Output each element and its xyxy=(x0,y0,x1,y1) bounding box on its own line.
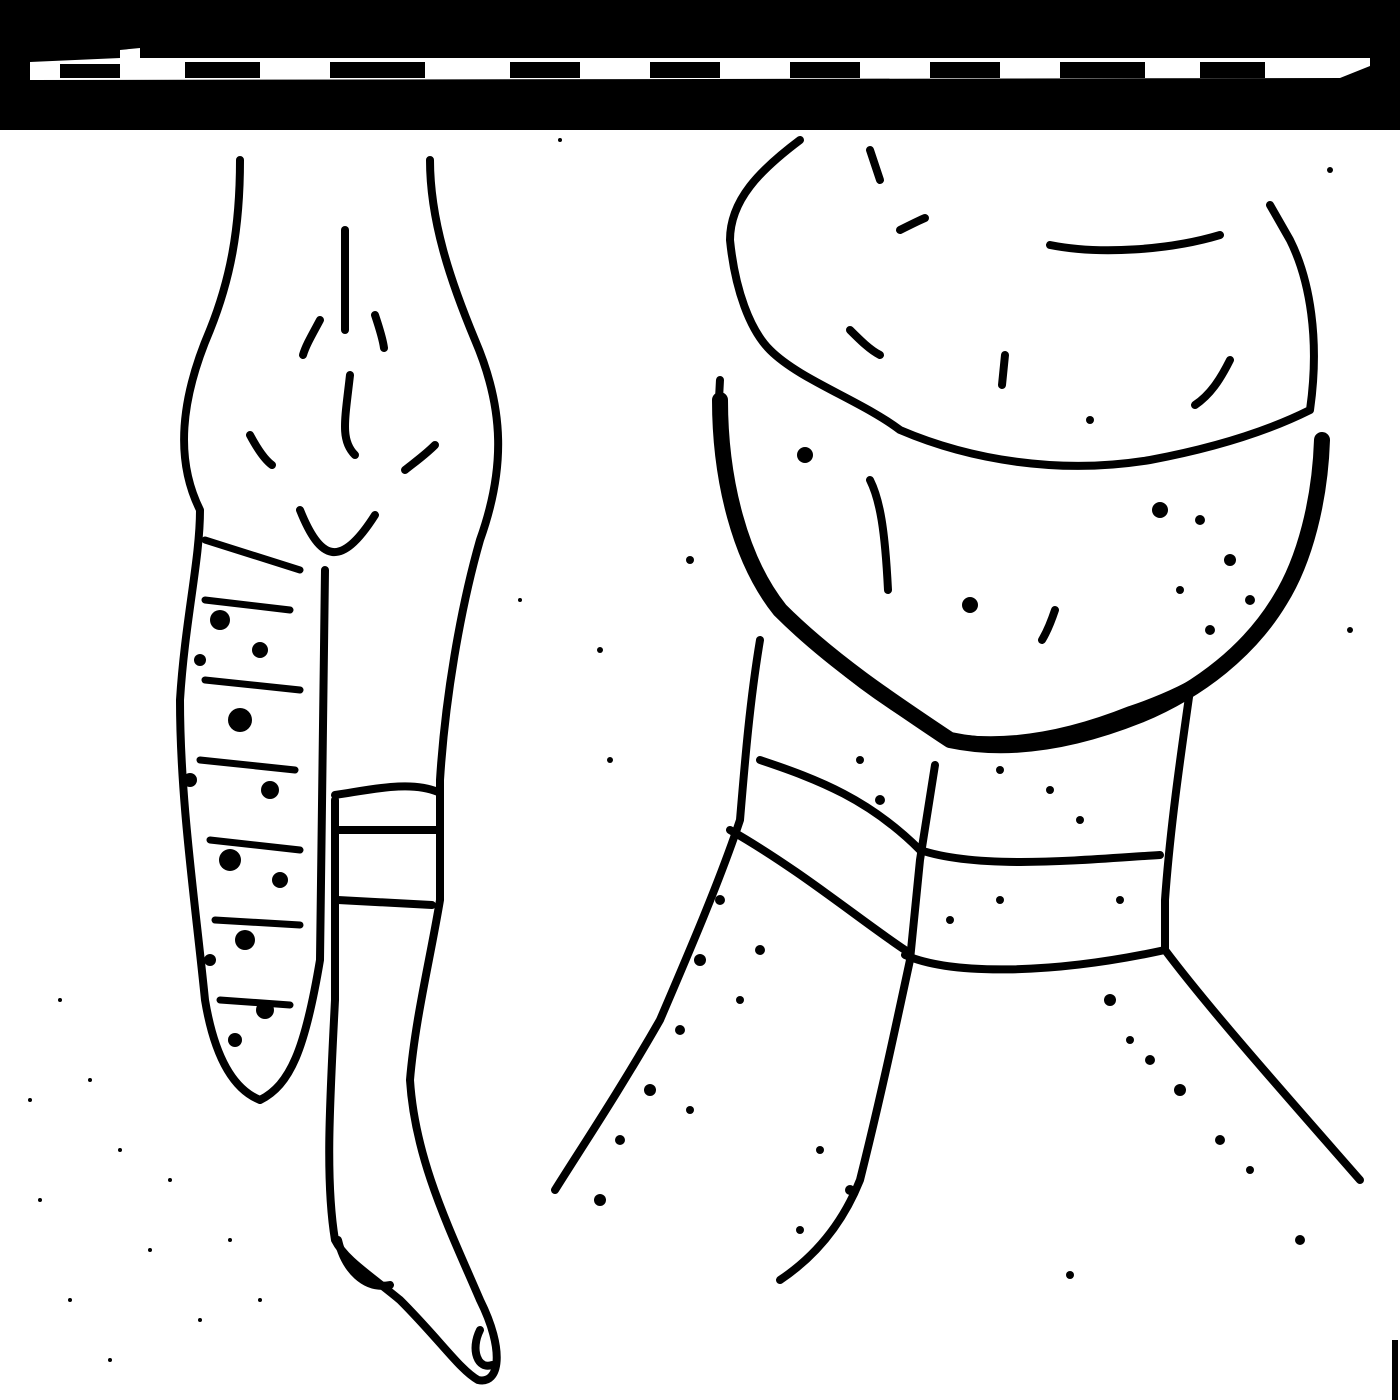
banner-lettering xyxy=(30,48,1370,80)
stipple-right xyxy=(518,138,1353,1279)
illustration xyxy=(0,0,1400,1400)
right-figure xyxy=(555,140,1360,1280)
left-figure xyxy=(180,160,498,1380)
stipple-left xyxy=(28,610,288,1362)
